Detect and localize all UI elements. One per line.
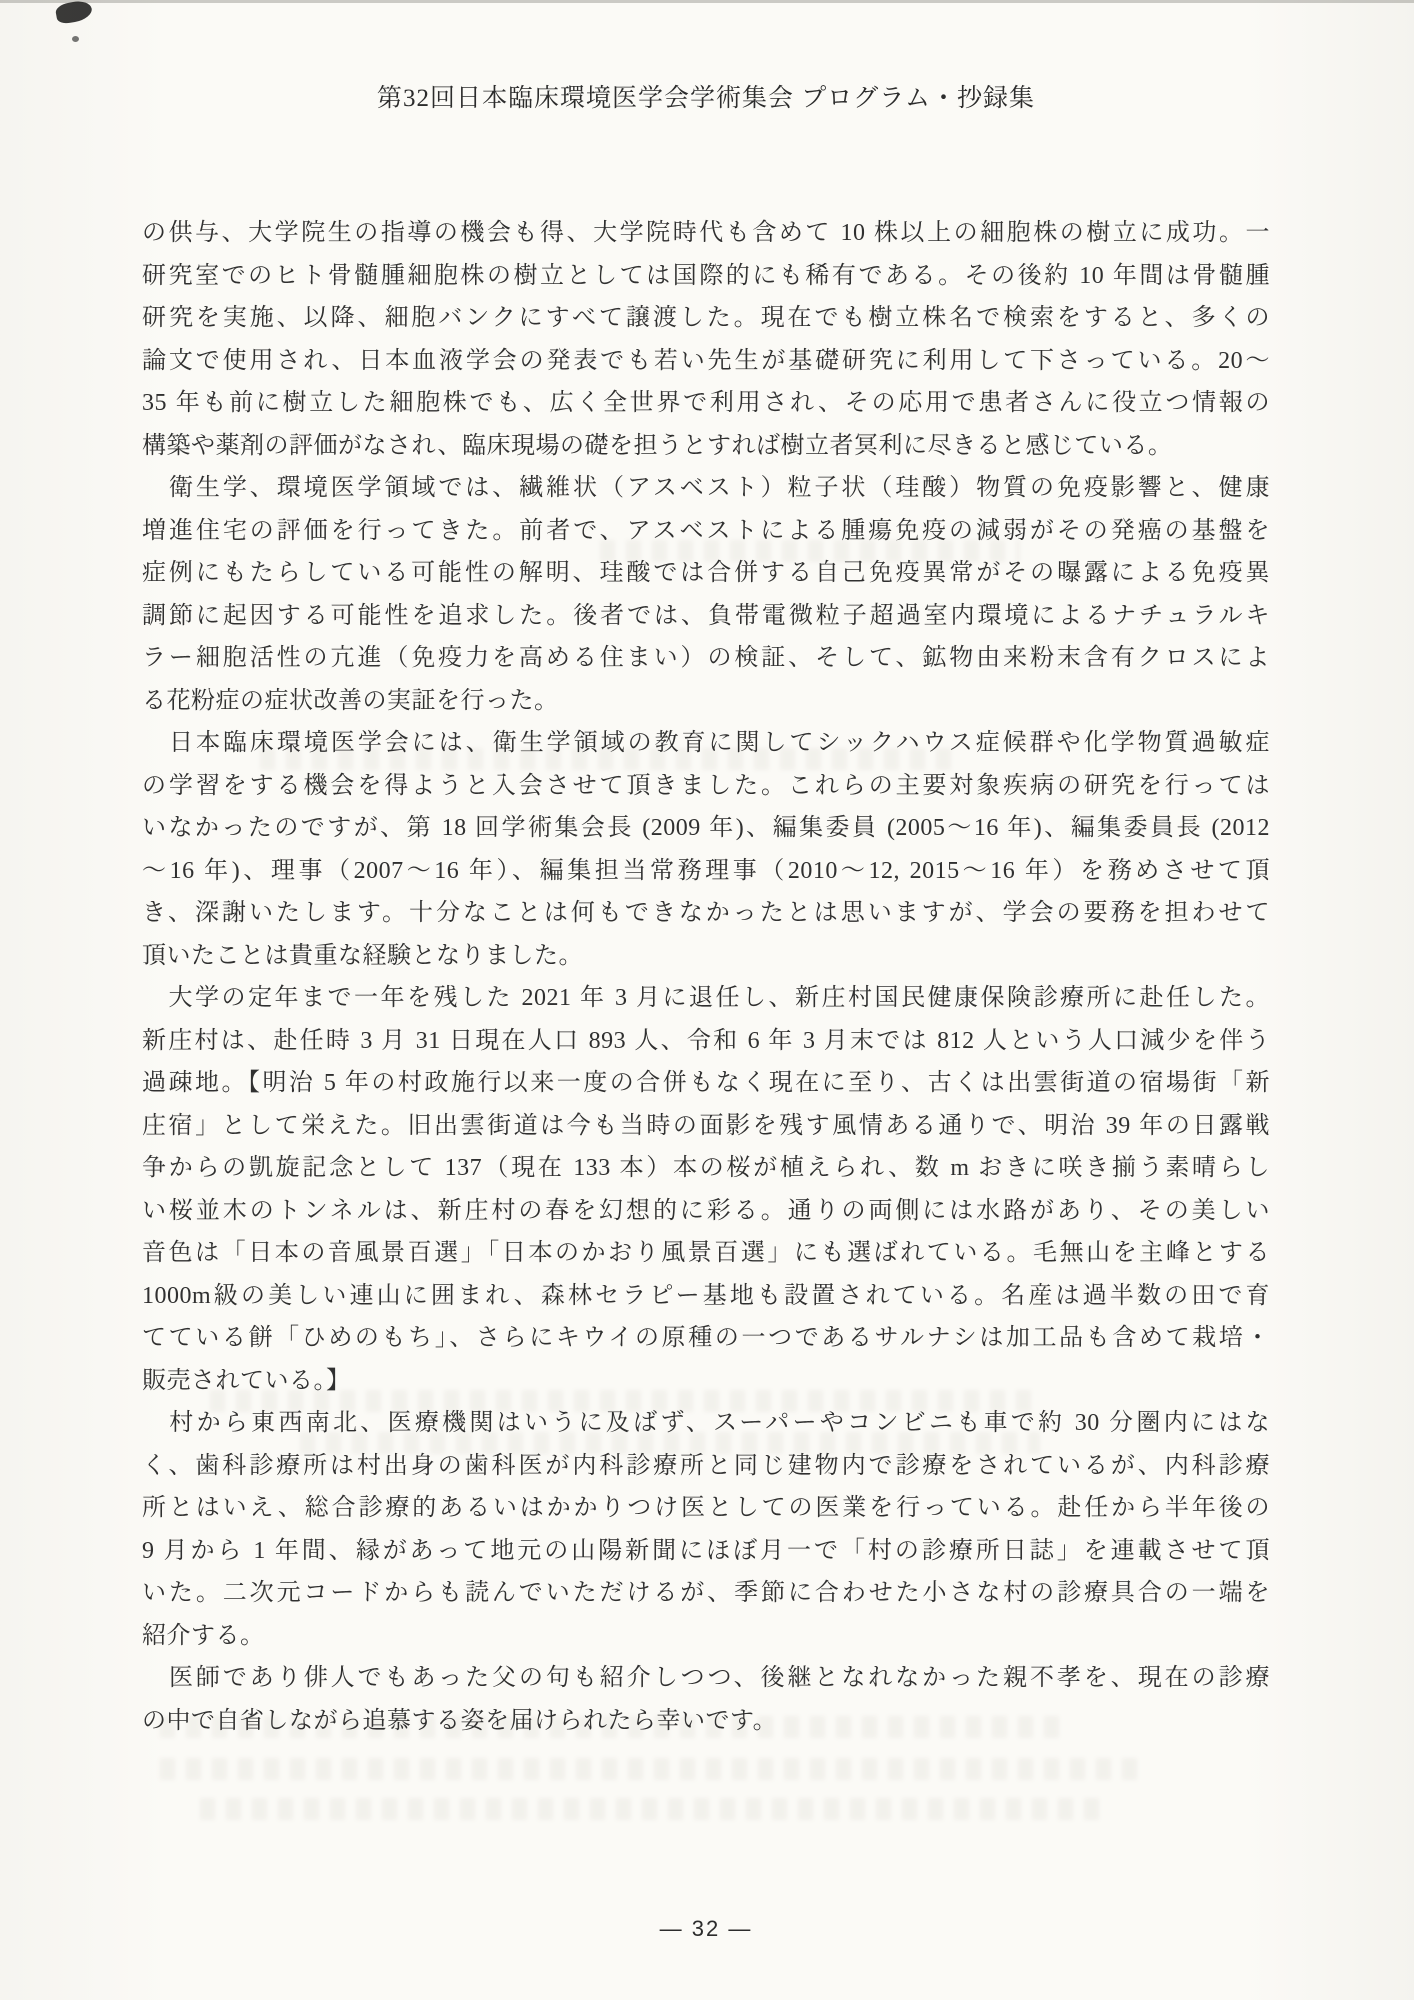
page-showthrough-ghosting <box>160 1758 1140 1780</box>
scanned-document-page: 第32回日本臨床環境医学会学術集会 プログラム・抄録集 の供与、大学院生の指導の… <box>0 0 1414 2000</box>
text-line: き、深謝いたします。十分なことは何もできなかったとは思いますが、学会の要務を担わ… <box>142 892 1270 935</box>
paragraph: 日本臨床環境医学会には、衛生学領域の教育に関してシックハウス症候群や化学物質過敏… <box>142 722 1270 977</box>
paragraph: の供与、大学院生の指導の機会も得、大学院時代も含めて 10 株以上の細胞株の樹立… <box>142 212 1270 467</box>
text-line: 9 月から 1 年間、縁があって地元の山陽新聞にほぼ月一で「村の診療所日誌」を連… <box>142 1530 1270 1573</box>
page-header-title: 第32回日本臨床環境医学会学術集会 プログラム・抄録集 <box>142 78 1270 114</box>
paragraph: 衛生学、環境医学領域では、繊維状（アスベスト）粒子状（珪酸）物質の免疫影響と、健… <box>142 467 1270 722</box>
text-line: の中で自省しながら追慕する姿を届けられたら幸いです。 <box>142 1700 1270 1743</box>
text-line: 日本臨床環境医学会には、衛生学領域の教育に関してシックハウス症候群や化学物質過敏… <box>142 722 1270 765</box>
page-number: — 32 — <box>142 1916 1270 1942</box>
text-line: てている餅「ひめのもち」、さらにキウイの原種の一つであるサルナシは加工品も含めて… <box>142 1317 1270 1360</box>
text-line: 村から東西南北、医療機関はいうに及ばず、スーパーやコンビニも車で約 30 分圏内… <box>142 1402 1270 1445</box>
text-line: 争からの凱旋記念として 137（現在 133 本）本の桜が植えられ、数 m おき… <box>142 1147 1270 1190</box>
text-line: いた。二次元コードからも読んでいただけるが、季節に合わせた小さな村の診療具合の一… <box>142 1572 1270 1615</box>
text-line: の供与、大学院生の指導の機会も得、大学院時代も含めて 10 株以上の細胞株の樹立… <box>142 212 1270 255</box>
text-line: く、歯科診療所は村出身の歯科医が内科診療所と同じ建物内で診療をされているが、内科… <box>142 1445 1270 1488</box>
text-line: 紹介する。 <box>142 1615 1270 1658</box>
text-line: 35 年も前に樹立した細胞株でも、広く全世界で利用され、その応用で患者さんに役立… <box>142 382 1270 425</box>
text-line: 論文で使用され、日本血液学会の発表でも若い先生が基礎研究に利用して下さっている。… <box>142 340 1270 383</box>
paragraph: 村から東西南北、医療機関はいうに及ばず、スーパーやコンビニも車で約 30 分圏内… <box>142 1402 1270 1657</box>
paragraph: 医師であり俳人でもあった父の句も紹介しつつ、後継となれなかった親不孝を、現在の診… <box>142 1657 1270 1742</box>
text-line: 増進住宅の評価を行ってきた。前者で、アスベストによる腫瘍免疫の減弱がその発癌の基… <box>142 510 1270 553</box>
text-line: 1000m級の美しい連山に囲まれ、森林セラピー基地も設置されている。名産は過半数… <box>142 1275 1270 1318</box>
text-line: 販売されている。】 <box>142 1360 1270 1403</box>
scan-edge-artifact <box>0 0 1414 3</box>
text-line: 過疎地。【明治 5 年の村政施行以来一度の合併もなく現在に至り、古くは出雲街道の… <box>142 1062 1270 1105</box>
text-line: ラー細胞活性の亢進（免疫力を高める住まい）の検証、そして、鉱物由来粉末含有クロス… <box>142 637 1270 680</box>
scan-artifact <box>55 0 94 25</box>
text-line: い桜並木のトンネルは、新庄村の春を幻想的に彩る。通りの両側には水路があり、その美… <box>142 1190 1270 1233</box>
text-line: 調節に起因する可能性を追求した。後者では、負帯電微粒子超過室内環境によるナチュラ… <box>142 595 1270 638</box>
text-line: ～16 年)、理事（2007～16 年）、編集担当常務理事（2010～12, 2… <box>142 850 1270 893</box>
text-line: 医師であり俳人でもあった父の句も紹介しつつ、後継となれなかった親不孝を、現在の診… <box>142 1657 1270 1700</box>
text-line: 大学の定年まで一年を残した 2021 年 3 月に退任し、新庄村国民健康保険診療… <box>142 977 1270 1020</box>
text-line: 新庄村は、赴任時 3 月 31 日現在人口 893 人、令和 6 年 3 月末で… <box>142 1020 1270 1063</box>
text-line: 所とはいえ、総合診療的あるいはかかりつけ医としての医業を行っている。赴任から半年… <box>142 1487 1270 1530</box>
scan-artifact <box>72 36 79 42</box>
text-line: 研究を実施、以降、細胞バンクにすべて譲渡した。現在でも樹立株名で検索をすると、多… <box>142 297 1270 340</box>
text-line: 研究室でのヒト骨髄腫細胞株の樹立としては国際的にも稀有である。その後約 10 年… <box>142 255 1270 298</box>
text-line: 庄宿」として栄えた。旧出雲街道は今も当時の面影を残す風情ある通りで、明治 39 … <box>142 1105 1270 1148</box>
paragraph: 大学の定年まで一年を残した 2021 年 3 月に退任し、新庄村国民健康保険診療… <box>142 977 1270 1402</box>
page-showthrough-ghosting <box>200 1798 1100 1820</box>
text-line: 症例にもたらしている可能性の解明、珪酸では合併する自己免疫異常がその曝露による免… <box>142 552 1270 595</box>
text-line: 頂いたことは貴重な経験となりました。 <box>142 935 1270 978</box>
document-body: の供与、大学院生の指導の機会も得、大学院時代も含めて 10 株以上の細胞株の樹立… <box>142 212 1270 1742</box>
text-line: いなかったのですが、第 18 回学術集会長 (2009 年)、編集委員 (200… <box>142 807 1270 850</box>
text-line: の学習をする機会を得ようと入会させて頂きました。これらの主要対象疾病の研究を行っ… <box>142 765 1270 808</box>
text-line: 構築や薬剤の評価がなされ、臨床現場の礎を担うとすれば樹立者冥利に尽きると感じてい… <box>142 425 1270 468</box>
text-line: 衛生学、環境医学領域では、繊維状（アスベスト）粒子状（珪酸）物質の免疫影響と、健… <box>142 467 1270 510</box>
text-line: 音色は「日本の音風景百選」「日本のかおり風景百選」にも選ばれている。毛無山を主峰… <box>142 1232 1270 1275</box>
text-line: る花粉症の症状改善の実証を行った。 <box>142 680 1270 723</box>
